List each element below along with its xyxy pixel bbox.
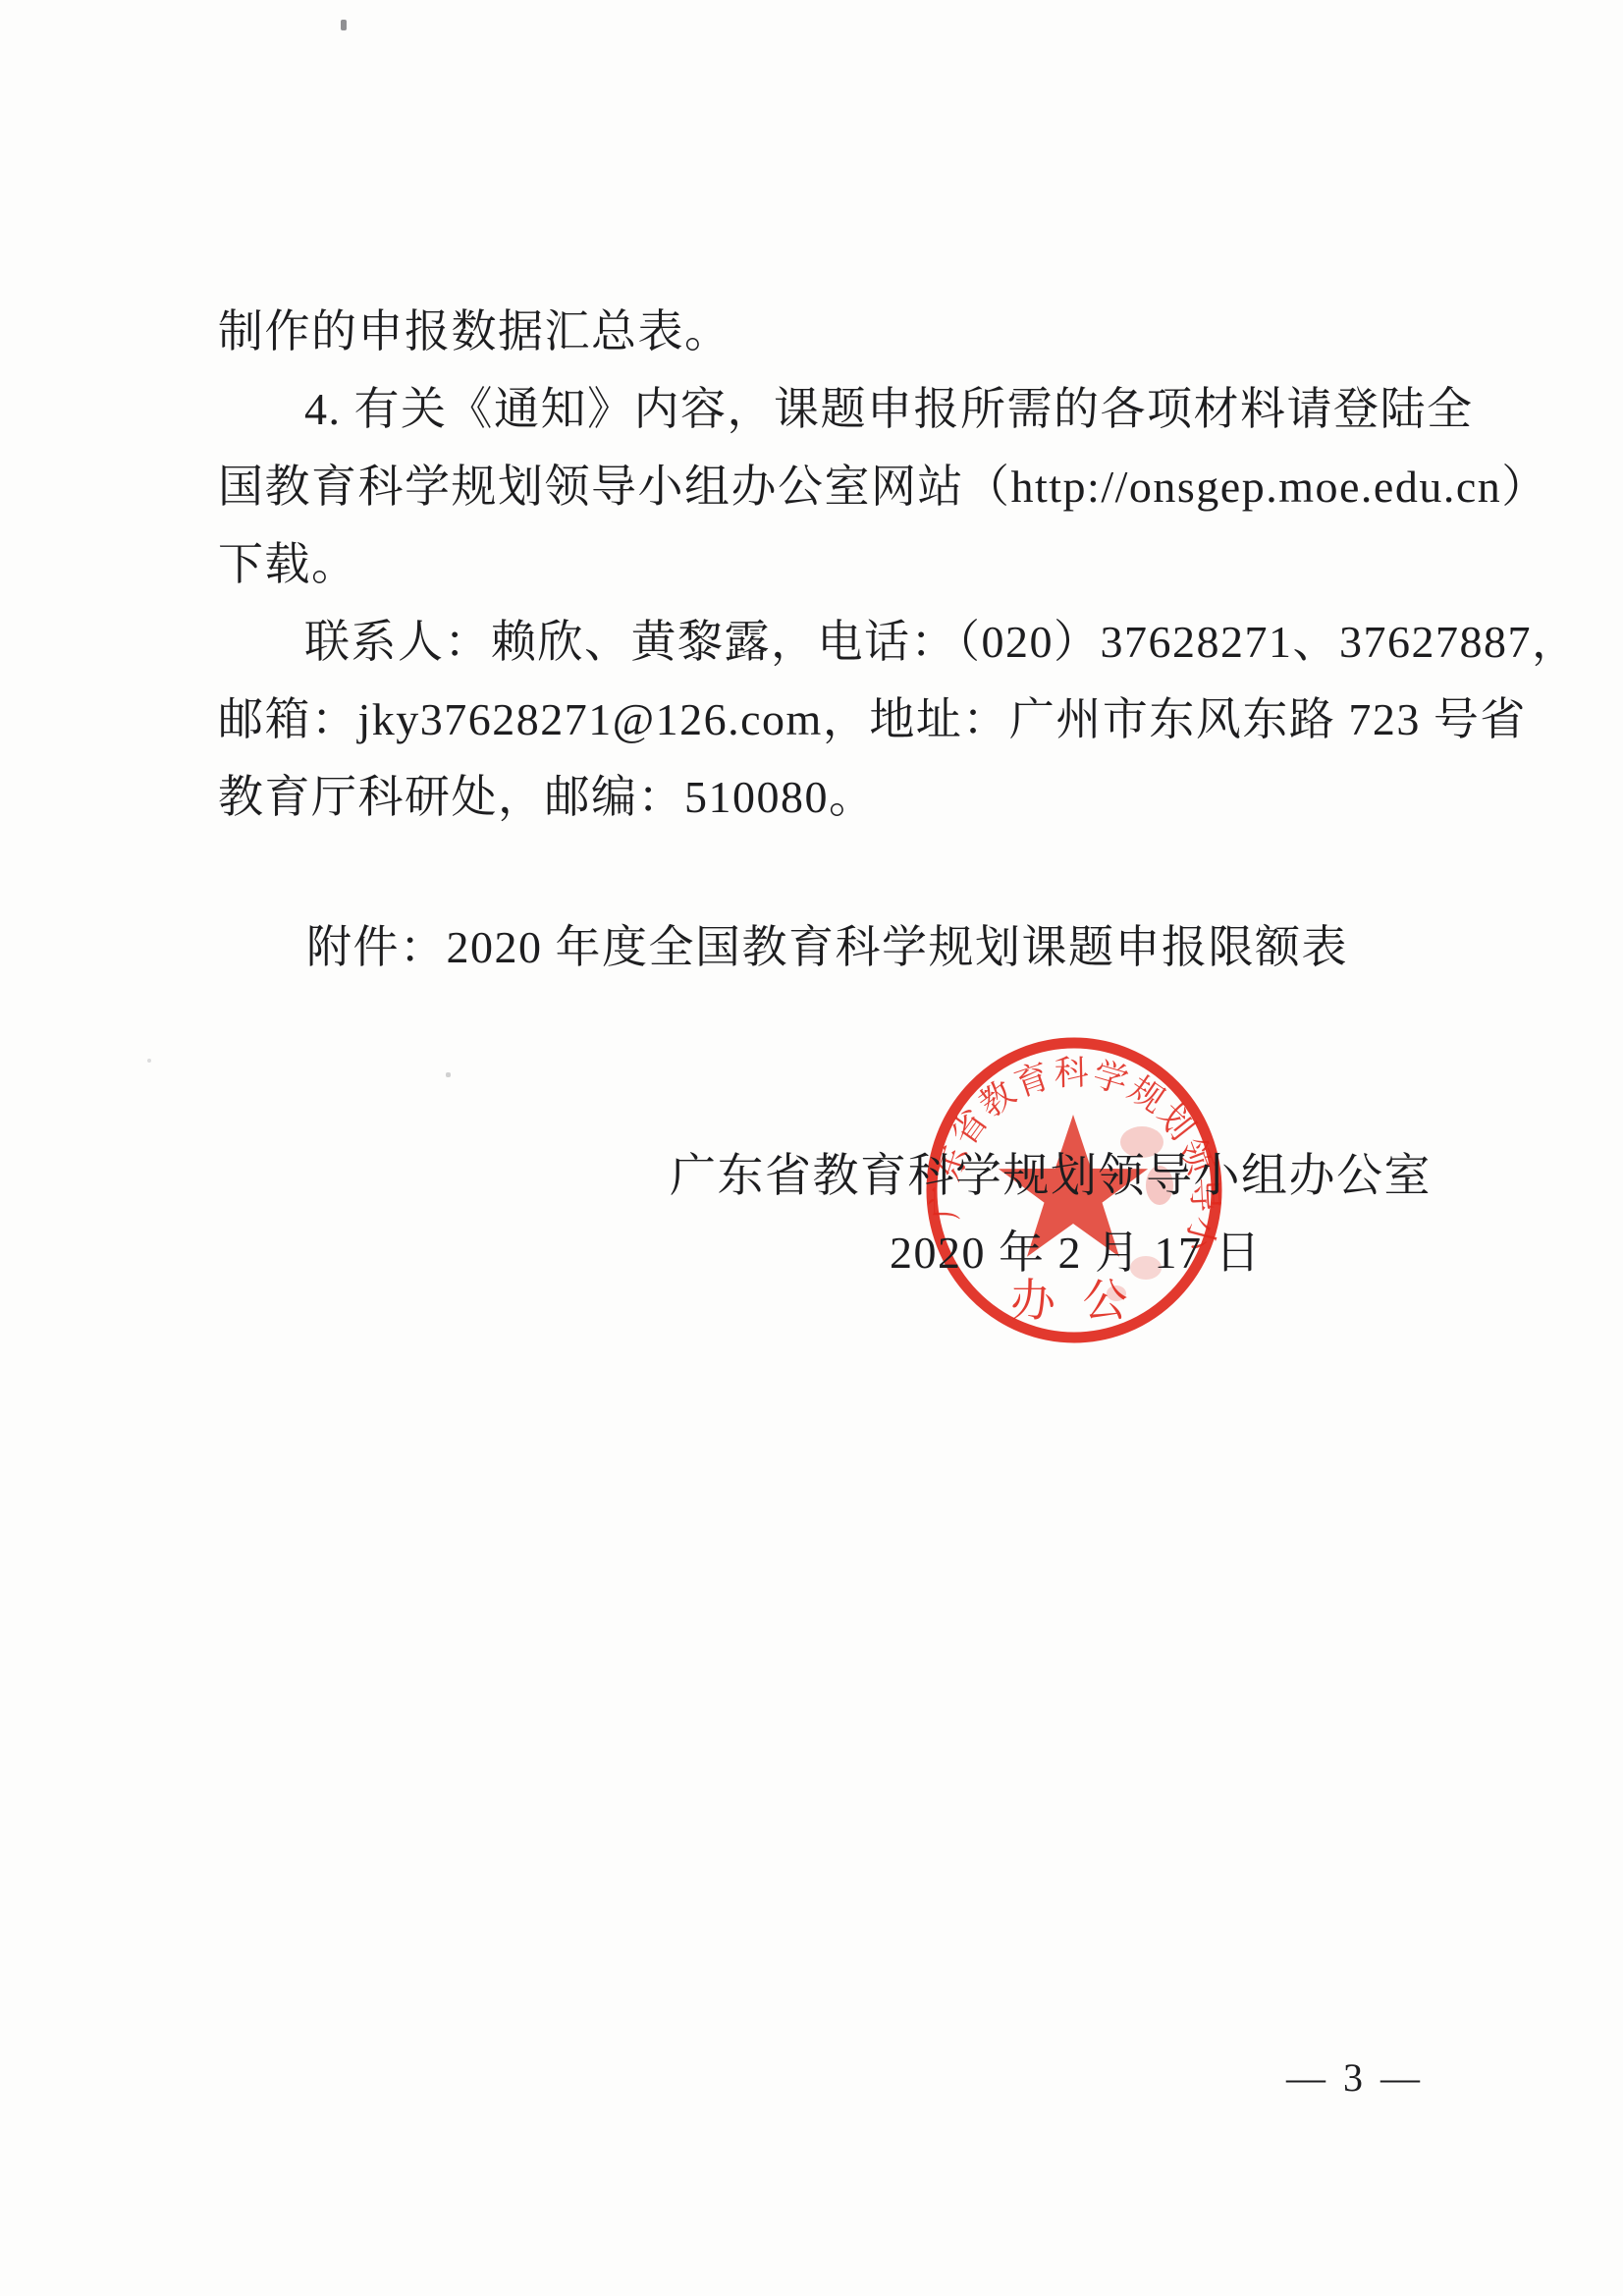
- body-line-6: 邮箱：jky37628271@126.com，地址：广州市东风东路 723 号省: [218, 690, 1527, 749]
- scan-noise-speck: [341, 20, 347, 30]
- attachment-line: 附件：2020 年度全国教育科学规划课题申报限额表: [306, 918, 1348, 977]
- signature-org-name: 广东省教育科学规划领导小组办公室: [670, 1147, 1432, 1206]
- body-line-3: 国教育科学规划领导小组办公室网站（http://onsgep.moe.edu.c…: [218, 458, 1548, 517]
- body-line-1: 制作的申报数据汇总表。: [218, 302, 731, 361]
- body-line-7: 教育厅科研处，邮编：510080。: [218, 768, 876, 827]
- signature-date: 2020 年 2 月 17 日: [890, 1224, 1262, 1283]
- page-number: — 3 —: [1286, 2054, 1424, 2101]
- scan-noise-speck: [147, 1059, 151, 1063]
- body-line-4: 下载。: [218, 535, 358, 594]
- body-line-5: 联系人：赖欣、黄黎露，电话：（020）37628271、37627887，: [304, 613, 1579, 672]
- document-page: 制作的申报数据汇总表。 4. 有关《通知》内容，课题申报所需的各项材料请登陆全 …: [0, 0, 1623, 2296]
- scan-noise-speck: [446, 1072, 451, 1077]
- body-line-2: 4. 有关《通知》内容，课题申报所需的各项材料请登陆全: [304, 380, 1474, 439]
- seal-ink-smudge: [1107, 1285, 1126, 1301]
